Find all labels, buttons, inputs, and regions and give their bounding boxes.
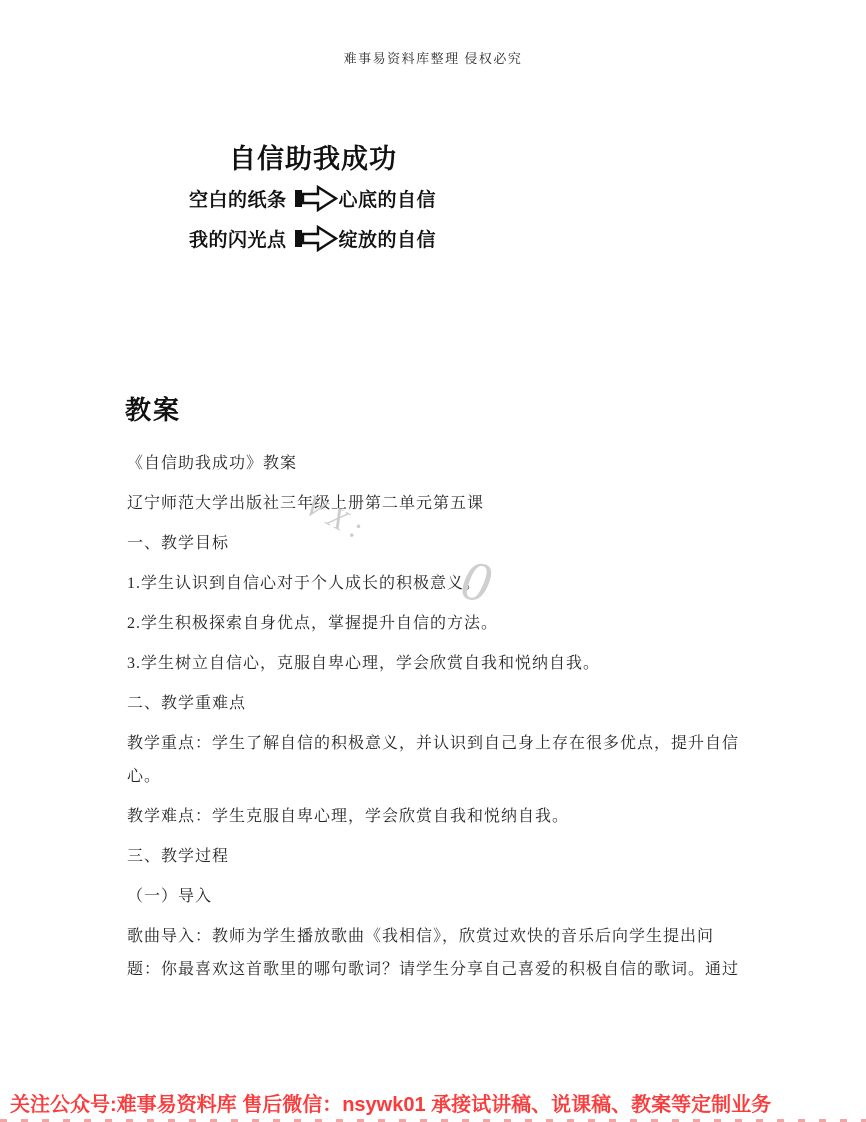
paragraph: 2.学生积极探索自身优点，掌握提升自信的方法。 xyxy=(127,607,741,640)
mapping-row-2: 我的闪光点 绽放的自信 xyxy=(189,224,436,252)
paragraph: 教学重点：学生了解自信的积极意义，并认识到自己身上存在很多优点，提升自信心。 xyxy=(127,727,741,793)
paragraph: 3.学生树立自信心，克服自卑心理，学会欣赏自我和悦纳自我。 xyxy=(127,647,741,680)
mapping-row-1: 空白的纸条 心底的自信 xyxy=(189,184,436,212)
header-note: 难事易资料库整理 侵权必究 xyxy=(0,48,866,67)
paragraph: 教学难点：学生克服自卑心理，学会欣赏自我和悦纳自我。 xyxy=(127,800,741,833)
block-arrow-icon xyxy=(294,225,338,252)
mapping-right-label: 绽放的自信 xyxy=(339,225,437,252)
block-arrow-icon xyxy=(294,185,338,212)
paragraph: （一）导入 xyxy=(127,880,741,913)
paragraph: 辽宁师范大学出版社三年级上册第二单元第五课 xyxy=(127,487,741,520)
paragraph: 一、教学目标 xyxy=(127,527,741,560)
paragraph: 1.学生认识到自信心对于个人成长的积极意义。 xyxy=(127,567,741,600)
paragraph: 《自信助我成功》教案 xyxy=(127,447,741,480)
footer-promo-banner: 关注公众号:难事易资料库 售后微信：nsywk01 承接试讲稿、说课稿、教案等定… xyxy=(0,1088,866,1117)
mapping-right-label: 心底的自信 xyxy=(339,185,437,212)
doc-content: 《自信助我成功》教案 辽宁师范大学出版社三年级上册第二单元第五课 一、教学目标 … xyxy=(127,447,741,993)
mapping-left-label: 空白的纸条 xyxy=(189,185,287,212)
mapping-left-label: 我的闪光点 xyxy=(189,225,287,252)
paragraph: 歌曲导入：教师为学生播放歌曲《我相信》，欣赏过欢快的音乐后向学生提出问题：你最喜… xyxy=(127,920,741,986)
paragraph: 三、教学过程 xyxy=(127,840,741,873)
doc-heading: 教案 xyxy=(125,390,181,427)
paragraph: 二、教学重难点 xyxy=(127,687,741,720)
lesson-title: 自信助我成功 xyxy=(229,137,397,176)
document-page: 难事易资料库整理 侵权必究 自信助我成功 空白的纸条 心底的自信 我的闪光点 绽… xyxy=(0,0,866,1122)
